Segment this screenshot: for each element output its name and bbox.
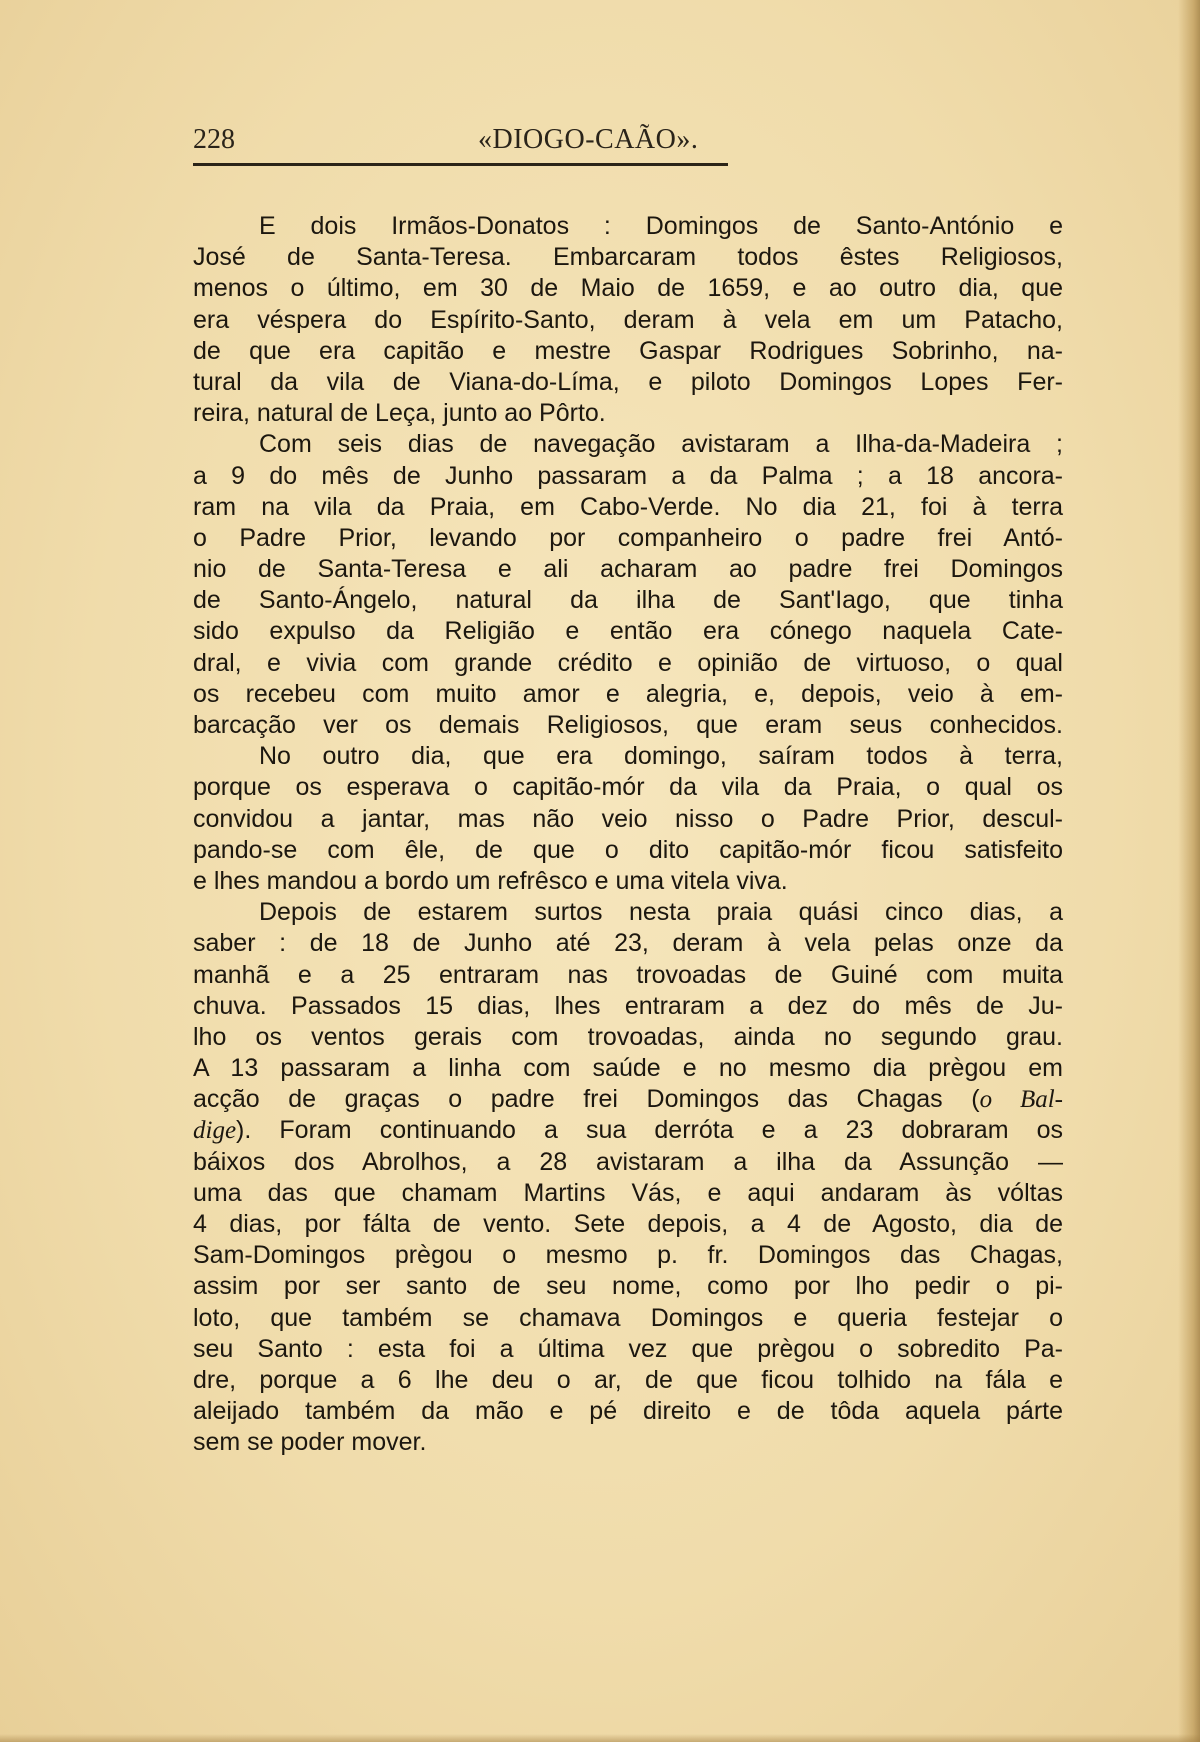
text-line: José de Santa-Teresa. Embarcaram todos ê… bbox=[193, 242, 1063, 273]
running-title: «DIOGO-CAÃO». bbox=[478, 124, 698, 156]
text-line: tural da vila de Viana-do-Líma, e piloto… bbox=[193, 367, 1063, 398]
text-line: o Padre Prior, levando por companheiro o… bbox=[193, 523, 1063, 554]
text-line: uma das que chamam Martins Vás, e aqui a… bbox=[193, 1178, 1063, 1209]
text-line: de que era capitão e mestre Gaspar Rodri… bbox=[193, 336, 1063, 367]
text-line: báixos dos Abrolhos, a 28 avistaram a il… bbox=[193, 1147, 1063, 1178]
text-line: pando-se com êle, de que o dito capitão-… bbox=[193, 835, 1063, 866]
text-line: manhã e a 25 entraram nas trovoadas de G… bbox=[193, 960, 1063, 991]
text-line: sido expulso da Religião e então era cón… bbox=[193, 616, 1063, 647]
text-line: seu Santo : esta foi a última vez que pr… bbox=[193, 1334, 1063, 1365]
body-text: E dois Irmãos-Donatos : Domingos de Sant… bbox=[193, 211, 1063, 1459]
text-line-mixed: dige). Foram continuando a sua derróta e… bbox=[193, 1115, 1063, 1146]
italic-nickname: dige bbox=[193, 1117, 236, 1144]
header-rule bbox=[193, 163, 728, 166]
text-line: ram na vila da Praia, em Cabo-Verde. No … bbox=[193, 492, 1063, 523]
italic-nickname: o Bal- bbox=[980, 1086, 1063, 1113]
text-line: Com seis dias de navegação avistaram a I… bbox=[193, 429, 1063, 460]
text-line: era véspera do Espírito-Santo, deram à v… bbox=[193, 305, 1063, 336]
text-segment: ). Foram continuando a sua derróta e a 2… bbox=[236, 1116, 1063, 1144]
text-line: porque os esperava o capitão-mór da vila… bbox=[193, 772, 1063, 803]
page-edge-shadow bbox=[1178, 0, 1200, 1742]
text-line: reira, natural de Leça, junto ao Pôrto. bbox=[193, 398, 1063, 429]
text-line: loto, que também se chamava Domingos e q… bbox=[193, 1303, 1063, 1334]
text-line: saber : de 18 de Junho até 23, deram à v… bbox=[193, 928, 1063, 959]
text-line: dre, porque a 6 lhe deu o ar, de que fic… bbox=[193, 1365, 1063, 1396]
text-segment: acção de graças o padre frei Domingos da… bbox=[193, 1085, 980, 1113]
page-number: 228 bbox=[193, 124, 235, 156]
text-line: de Santo-Ángelo, natural da ilha de Sant… bbox=[193, 585, 1063, 616]
text-line: E dois Irmãos-Donatos : Domingos de Sant… bbox=[193, 211, 1063, 242]
text-line: convidou a jantar, mas não veio nisso o … bbox=[193, 804, 1063, 835]
page-bottom-edge bbox=[0, 1734, 1200, 1742]
text-line: sem se poder mover. bbox=[193, 1427, 1063, 1458]
text-line: chuva. Passados 15 dias, lhes entraram a… bbox=[193, 991, 1063, 1022]
text-line: No outro dia, que era domingo, saíram to… bbox=[193, 741, 1063, 772]
text-line: A 13 passaram a linha com saúde e no mes… bbox=[193, 1053, 1063, 1084]
text-line: menos o último, em 30 de Maio de 1659, e… bbox=[193, 273, 1063, 304]
running-header: 228 «DIOGO-CAÃO». bbox=[193, 124, 728, 164]
text-line-mixed: acção de graças o padre frei Domingos da… bbox=[193, 1084, 1063, 1115]
text-line: a 9 do mês de Junho passaram a da Palma … bbox=[193, 461, 1063, 492]
text-line: e lhes mandou a bordo um refrêsco e uma … bbox=[193, 866, 1063, 897]
text-line: lho os ventos gerais com trovoadas, aind… bbox=[193, 1022, 1063, 1053]
text-line: 4 dias, por fálta de vento. Sete depois,… bbox=[193, 1209, 1063, 1240]
text-line: Depois de estarem surtos nesta praia quá… bbox=[193, 897, 1063, 928]
text-line: aleijado também da mão e pé direito e de… bbox=[193, 1396, 1063, 1427]
text-line: dral, e vivia com grande crédito e opini… bbox=[193, 648, 1063, 679]
text-line: barcação ver os demais Religiosos, que e… bbox=[193, 710, 1063, 741]
text-line: nio de Santa-Teresa e ali acharam ao pad… bbox=[193, 554, 1063, 585]
text-line: os recebeu com muito amor e alegria, e, … bbox=[193, 679, 1063, 710]
text-line: assim por ser santo de seu nome, como po… bbox=[193, 1271, 1063, 1302]
text-line: Sam-Domingos prègou o mesmo p. fr. Domin… bbox=[193, 1240, 1063, 1271]
